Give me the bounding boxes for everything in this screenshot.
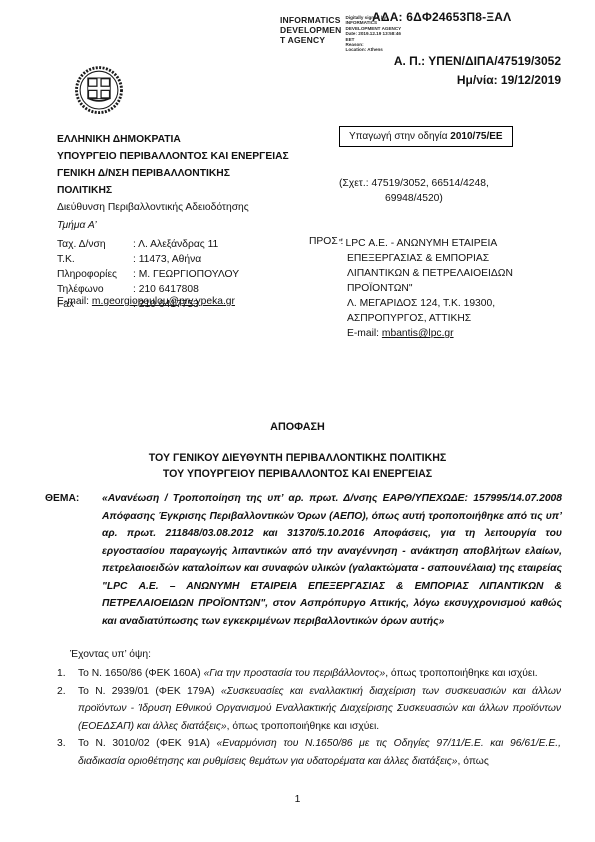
- sender-general-directorate: ΓΕΝΙΚΗ Δ/ΝΣΗ ΠΕΡΙΒΑΛΛΟΝΤΙΚΗΣ: [57, 165, 317, 182]
- directive-box: Υπαγωγή στην οδηγία 2010/75/ΕΕ: [339, 126, 513, 147]
- sender-directorate: Διεύθυνση Περιβαλλοντικής Αδειοδότησης: [57, 199, 317, 216]
- recipient-email-link[interactable]: mbantis@lpc.gr: [382, 328, 454, 339]
- sender-email-row: E-mail: m.georgiopoulou@prv.ypeka.gr: [57, 296, 235, 307]
- hellenic-republic-emblem: [72, 63, 126, 119]
- subject-block: ΘΕΜΑ: «Ανανέωση / Τροποποίηση της υπ’ αρ…: [45, 490, 562, 630]
- recipient-company-line: " LPC Α.Ε. - ΑΝΩΝΥΜΗ ΕΤΑΙΡΕΙΑ: [339, 236, 569, 251]
- sender-republic: ΕΛΛΗΝΙΚΗ ΔΗΜΟΚΡΑΤΙΑ: [57, 131, 317, 148]
- stamp-signature-details: Digitally signed by INFORMATICS DEVELOPM…: [346, 15, 408, 53]
- protocol-number: Α. Π.: ΥΠΕΝ/ΔΙΠΑ/47519/3052: [394, 52, 561, 71]
- recipient-address: Λ. ΜΕΓΑΡΙΔΟΣ 124, Τ.Κ. 19300,: [339, 296, 569, 311]
- list-item: 1. Το Ν. 1650/86 (ΦΕΚ 160Α) «Για την προ…: [57, 665, 561, 683]
- page-number: 1: [0, 794, 595, 805]
- sender-email-link[interactable]: m.georgiopoulou@prv.ypeka.gr: [92, 296, 235, 307]
- decision-subtitle: ΤΟΥ ΓΕΝΙΚΟΥ ΔΙΕΥΘΥΝΤΗ ΠΕΡΙΒΑΛΛΟΝΤΙΚΗΣ ΠΟ…: [0, 450, 595, 482]
- having-regard-line: Έχοντας υπ’ όψη:: [70, 649, 151, 660]
- directive-number: 2010/75/ΕΕ: [450, 131, 502, 142]
- contact-row-phone: Τηλέφωνο: 210 6417808: [57, 282, 317, 297]
- document-page: { "header": { "ada": "ΑΔΑ: 6ΔΦ24653Π8-ΞΑ…: [0, 0, 595, 842]
- contact-row-address: Ταχ. Δ/νση: Λ. Αλεξάνδρας 11: [57, 237, 317, 252]
- subject-label: ΘΕΜΑ:: [45, 490, 102, 630]
- decision-title: ΑΠΟΦΑΣΗ: [0, 421, 595, 433]
- recipient-block: " LPC Α.Ε. - ΑΝΩΝΥΜΗ ΕΤΑΙΡΕΙΑ ΕΠΕΞΕΡΓΑΣΙ…: [339, 236, 569, 341]
- law-list: 1. Το Ν. 1650/86 (ΦΕΚ 160Α) «Για την προ…: [57, 665, 561, 770]
- protocol-block: Α. Π.: ΥΠΕΝ/ΔΙΠΑ/47519/3052 Ημ/νία: 19/1…: [394, 52, 561, 90]
- sender-block: ΕΛΛΗΝΙΚΗ ΔΗΜΟΚΡΑΤΙΑ ΥΠΟΥΡΓΕΙΟ ΠΕΡΙΒΑΛΛΟΝ…: [57, 131, 317, 216]
- stamp-agency-name: INFORMATICS DEVELOPMEN T AGENCY: [280, 15, 342, 45]
- sender-ministry: ΥΠΟΥΡΓΕΙΟ ΠΕΡΙΒΑΛΛΟΝΤΟΣ ΚΑΙ ΕΝΕΡΓΕΙΑΣ: [57, 148, 317, 165]
- related-references: (Σχετ.: 47519/3052, 66514/4248, 69948/45…: [339, 176, 489, 206]
- recipient-email-row: E-mail: mbantis@lpc.gr: [339, 326, 569, 341]
- subject-text: «Ανανέωση / Τροποποίηση της υπ’ αρ. πρωτ…: [102, 490, 562, 630]
- contact-row-information: Πληροφορίες: Μ. ΓΕΩΡΓΙΟΠΟΥΛΟΥ: [57, 267, 317, 282]
- contact-row-postcode: Τ.Κ.: 11473, Αθήνα: [57, 252, 317, 267]
- sender-department: Τμήμα Α’: [57, 220, 97, 231]
- sender-general-directorate-2: ΠΟΛΙΤΙΚΗΣ: [57, 182, 317, 199]
- digital-signature-stamp: INFORMATICS DEVELOPMEN T AGENCY Digitall…: [280, 15, 408, 53]
- list-item: 3. Το Ν. 3010/02 (ΦΕΚ 91Α) «Εναρμόνιση τ…: [57, 735, 561, 770]
- list-item: 2. Το Ν. 2939/01 (ΦΕΚ 179Α) «Συσκευασίες…: [57, 683, 561, 736]
- protocol-date: Ημ/νία: 19/12/2019: [394, 71, 561, 90]
